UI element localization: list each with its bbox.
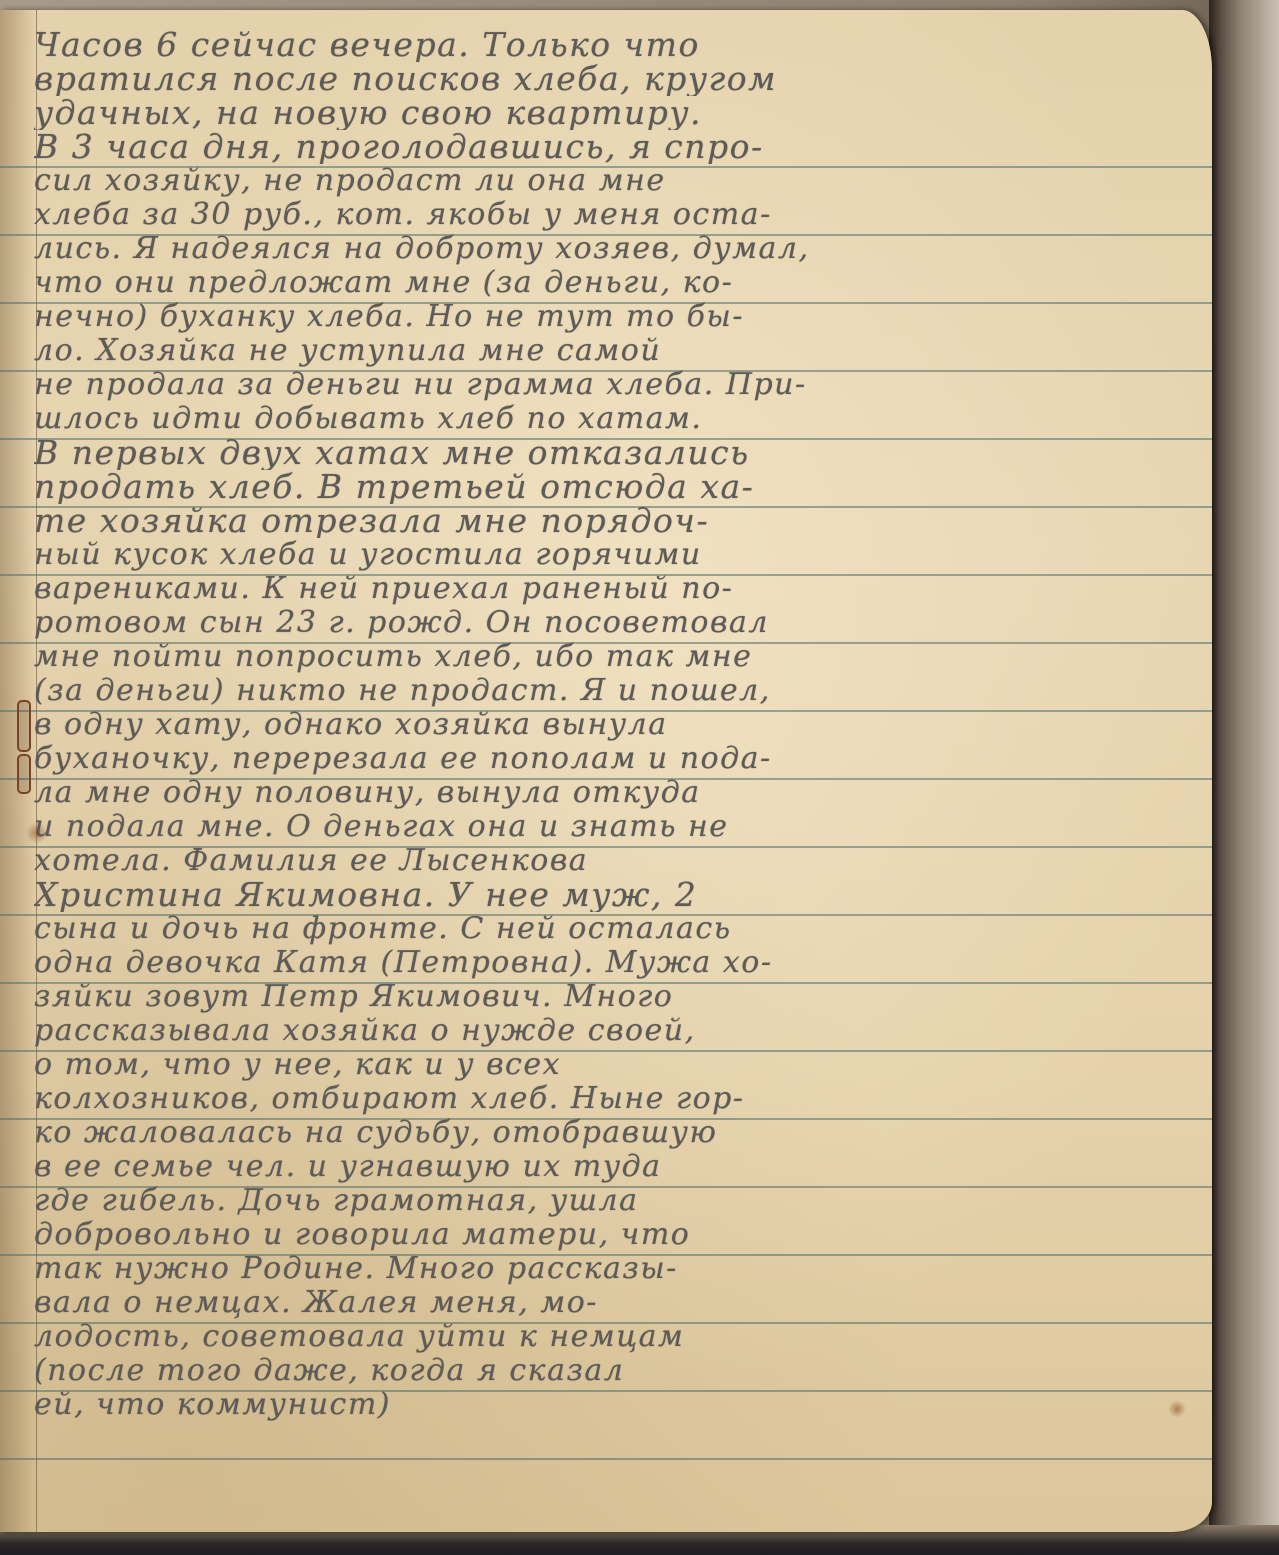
text-line: ротовом сын 23 г. рожд. Он посоветовал xyxy=(34,606,1204,640)
text-line: где гибель. Дочь грамотная, ушла xyxy=(34,1184,1204,1218)
text-line: лодость, советовала уйти к немцам xyxy=(34,1320,1204,1354)
text-line: Часов 6 сейчас вечера. Только что xyxy=(34,28,1204,62)
text-line: зяйки зовут Петр Якимович. Много xyxy=(34,980,1204,1014)
text-line: так нужно Родине. Много рассказы- xyxy=(34,1252,1204,1286)
notebook-page: Часов 6 сейчас вечера. Только что вратил… xyxy=(0,10,1212,1532)
notebook-underlying-pages xyxy=(1209,0,1279,1555)
text-line: (после того даже, когда я сказал xyxy=(34,1354,1204,1388)
text-line: и подала мне. О деньгах она и знать не xyxy=(34,810,1204,844)
text-line: Христина Якимовна. У нее муж, 2 xyxy=(34,878,1204,912)
text-line: сына и дочь на фронте. С ней осталась xyxy=(34,912,1204,946)
text-line: варениками. К ней приехал раненый по- xyxy=(34,572,1204,606)
text-line: продать хлеб. В третьей отсюда ха- xyxy=(34,470,1204,504)
text-line: что они предложат мне (за деньги, ко- xyxy=(34,266,1204,300)
staple-icon xyxy=(17,700,31,752)
ruled-line xyxy=(0,1458,1212,1460)
text-line: вратился после поисков хлеба, кругом xyxy=(34,62,1204,96)
text-line: ло. Хозяйка не уступила мне самой xyxy=(34,334,1204,368)
text-line: колхозников, отбирают хлеб. Ныне гор- xyxy=(34,1082,1204,1116)
text-line: В первых двух хатах мне отказались xyxy=(34,436,1204,470)
text-line: хлеба за 30 руб., кот. якобы у меня оста… xyxy=(34,198,1204,232)
text-line: В 3 часа дня, проголодавшись, я спро- xyxy=(34,130,1204,164)
text-line: о том, что у нее, как и у всех xyxy=(34,1048,1204,1082)
text-line: хотела. Фамилия ее Лысенкова xyxy=(34,844,1204,878)
text-line: ко жаловалась на судьбу, отобравшую xyxy=(34,1116,1204,1150)
text-line: те хозяйка отрезала мне порядоч- xyxy=(34,504,1204,538)
text-line: мне пойти попросить хлеб, ибо так мне xyxy=(34,640,1204,674)
text-line: ей, что коммунист) xyxy=(34,1388,1204,1422)
text-line: лись. Я надеялся на доброту хозяев, дума… xyxy=(34,232,1204,266)
text-line: (за деньги) никто не продаст. Я и пошел, xyxy=(34,674,1204,708)
text-line: ла мне одну половину, вынула откуда xyxy=(34,776,1204,810)
text-line: рассказывала хозяйка о нужде своей, xyxy=(34,1014,1204,1048)
handwritten-text: Часов 6 сейчас вечера. Только что вратил… xyxy=(34,28,1204,1422)
text-line: вала о немцах. Жалея меня, мо- xyxy=(34,1286,1204,1320)
text-line: буханочку, перерезала ее пополам и пода- xyxy=(34,742,1204,776)
text-line: нечно) буханку хлеба. Но не тут то бы- xyxy=(34,300,1204,334)
staple-icon xyxy=(17,754,31,794)
text-line: удачных, на новую свою квартиру. xyxy=(34,96,1204,130)
text-line: ный кусок хлеба и угостила горячими xyxy=(34,538,1204,572)
text-line: в ее семье чел. и угнавшую их туда xyxy=(34,1150,1204,1184)
text-line: шлось идти добывать хлеб по хатам. xyxy=(34,402,1204,436)
text-line: сил хозяйку, не продаст ли она мне xyxy=(34,164,1204,198)
text-line: добровольно и говорила матери, что xyxy=(34,1218,1204,1252)
text-line: в одну хату, однако хозяйка вынула xyxy=(34,708,1204,742)
text-line: одна девочка Катя (Петровна). Мужа хо- xyxy=(34,946,1204,980)
text-line: не продала за деньги ни грамма хлеба. Пр… xyxy=(34,368,1204,402)
